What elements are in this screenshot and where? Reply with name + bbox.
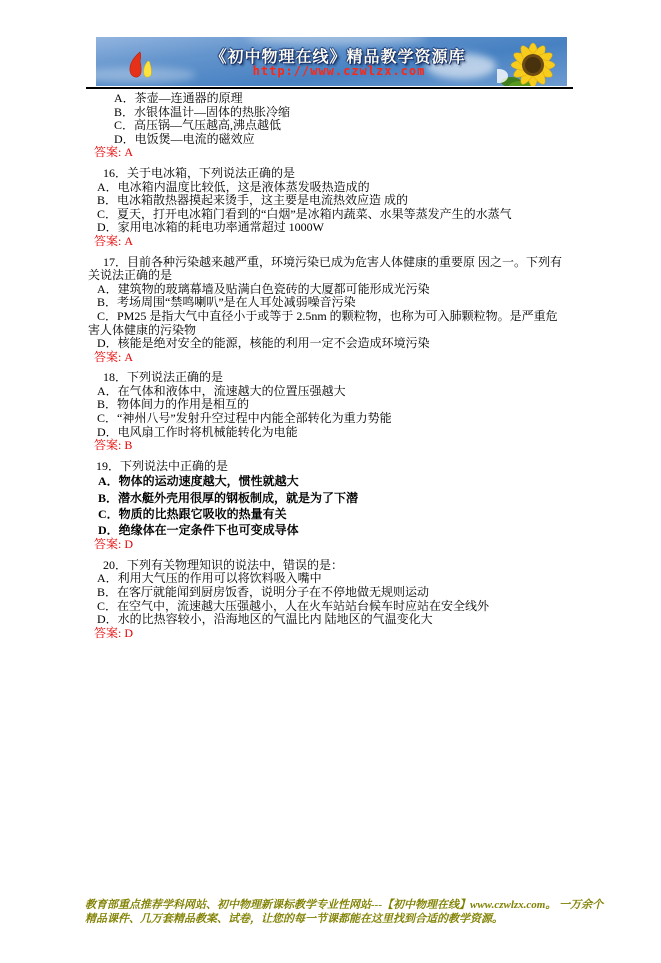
exam-text-body: A．茶壶—连通器的原理B．水银体温计—固体的热胀冷缩C．高压锅—气压越高,沸点越…	[88, 92, 580, 640]
answer-line: 答案: D	[88, 538, 580, 552]
text-line: C．PM25 是指大气中直径小于或等于 2.5nm 的颗粒物，也称为可入肺颗粒物…	[88, 310, 580, 324]
answer-line: 答案: A	[88, 351, 580, 365]
exam-document-page: { "banner": { "title": "《初中物理在线》精品教学资源库"…	[0, 0, 661, 963]
text-line: 16．关于电冰箱，下列说法正确的是	[88, 167, 580, 181]
text-line: D．水的比热容较小，沿海地区的气温比内 陆地区的气温变化大	[88, 613, 580, 627]
text-line: B．电冰箱散热器摸起来烫手，这主要是电流热效应造 成的	[88, 194, 580, 208]
footer-line: 精品课件、几万套精品教案、试卷，让您的每一节课都能在这里找到合适的教学资源。	[85, 912, 585, 926]
text-line: D．核能是绝对安全的能源，核能的利用一定不会造成环境污染	[88, 337, 580, 351]
header-divider-line	[86, 87, 573, 89]
site-banner: 《初中物理在线》精品教学资源库 http://www.czwlzx.com	[96, 37, 567, 86]
text-line: 19．下列说法中正确的是	[88, 460, 580, 474]
sunflower-icon	[497, 38, 559, 86]
banner-url-text: http://www.czwlzx.com	[224, 64, 454, 78]
text-line: A．茶壶—连通器的原理	[88, 92, 580, 106]
text-line: B．考场周围“禁鸣喇叭”是在人耳处减弱噪音污染	[88, 296, 580, 310]
text-line: A．物体的运动速度越大，惯性就越大	[88, 473, 580, 489]
text-line: C．物质的比热跟它吸收的热量有关	[88, 506, 580, 522]
answer-line: 答案: D	[88, 627, 580, 641]
text-line: B．潜水艇外壳用很厚的钢板制成，就是为了下潜	[88, 490, 580, 506]
text-line: 关说法正确的是	[88, 269, 580, 283]
answer-line: 答案: B	[88, 439, 580, 453]
text-line: C．高压锅—气压越高,沸点越低	[88, 119, 580, 133]
text-line: A．利用大气压的作用可以将饮料吸入嘴中	[88, 572, 580, 586]
text-line: C．“神州八号”发射升空过程中内能全部转化为重力势能	[88, 412, 580, 426]
footer-promo-text: 教育部重点推荐学科网站、初中物理新课标教学专业性网站---【初中物理在线】www…	[85, 898, 585, 926]
text-line: D．电饭煲—电流的磁效应	[88, 133, 580, 147]
footer-line: 教育部重点推荐学科网站、初中物理新课标教学专业性网站---【初中物理在线】www…	[85, 898, 585, 912]
flame-logo-icon	[124, 51, 160, 81]
text-line: D．绝缘体在一定条件下也可变成导体	[88, 522, 580, 538]
text-line: D．电风扇工作时将机械能转化为电能	[88, 426, 580, 440]
answer-line: 答案: A	[88, 235, 580, 249]
text-line: D．家用电冰箱的耗电功率通常超过 1000W	[88, 221, 580, 235]
answer-line: 答案: A	[88, 146, 580, 160]
text-line: B．在客厅就能闻到厨房饭香，说明分子在不停地做无规则运动	[88, 586, 580, 600]
text-line: 18．下列说法正确的是	[88, 371, 580, 385]
